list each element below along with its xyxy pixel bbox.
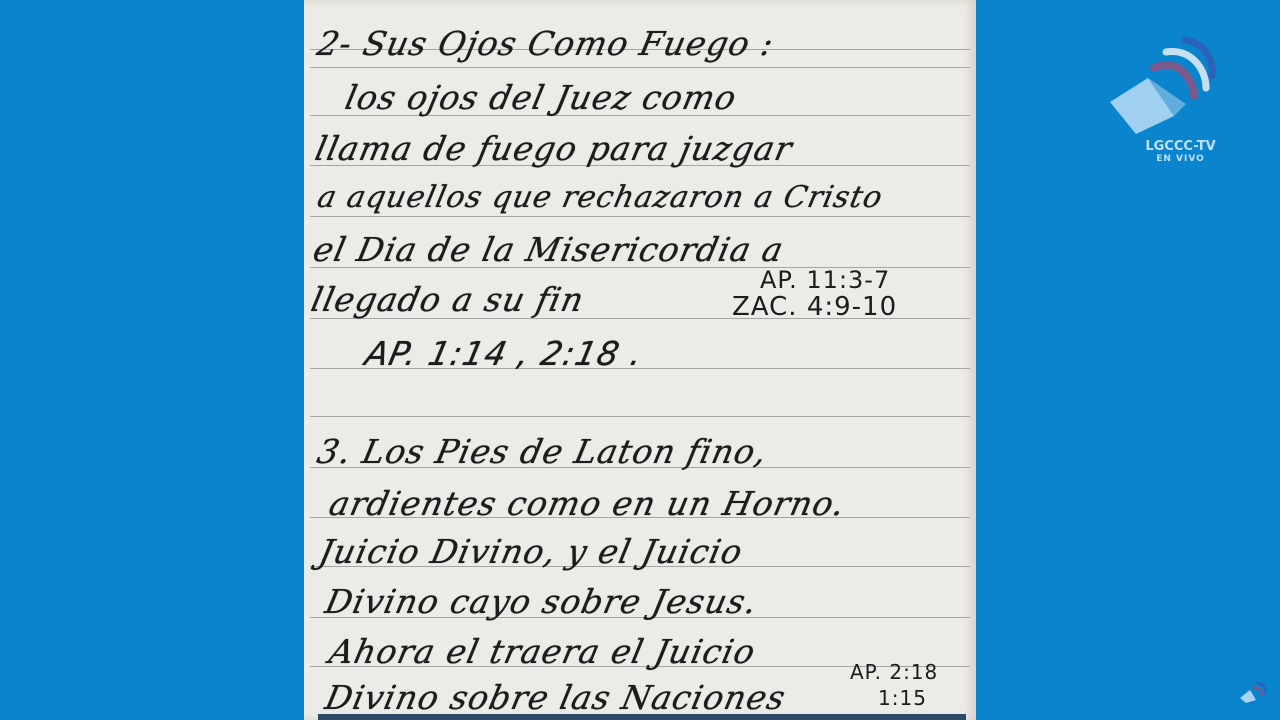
- handwritten-line: Juicio Divino, y el Juicio: [316, 532, 976, 571]
- handwritten-line: llama de fuego para juzgar: [312, 129, 976, 168]
- bible-reference: ZAC. 4:9-10: [732, 292, 897, 322]
- handwritten-line: los ojos del Juez como: [342, 78, 976, 117]
- ruled-line: [310, 67, 970, 68]
- bible-reference: AP. 11:3-7: [760, 266, 890, 294]
- notebook-page: 2- Sus Ojos Como Fuego : los ojos del Ju…: [304, 0, 976, 720]
- handwritten-line: a aquellos que rechazaron a Cristo: [314, 180, 976, 215]
- mini-pyramid-logo-icon: [1238, 678, 1268, 704]
- live-label: EN VIVO: [1143, 155, 1218, 164]
- bible-reference: 1:15: [878, 686, 927, 710]
- channel-logo-text: LGCCC-TV EN VIVO: [1143, 140, 1218, 164]
- handwritten-line: AP. 1:14 , 2:18 .: [362, 334, 976, 373]
- ruled-line: [310, 416, 970, 417]
- page-bottom-edge: [318, 714, 966, 720]
- handwritten-line: ardientes como en un Horno.: [326, 484, 976, 523]
- bible-reference: AP. 2:18: [850, 660, 938, 684]
- handwritten-line: 3. Los Pies de Laton fino,: [314, 432, 976, 471]
- ruled-line: [310, 216, 970, 217]
- handwritten-line: el Dia de la Misericordia a: [310, 230, 976, 269]
- handwritten-line: Divino cayo sobre Jesus.: [322, 582, 976, 621]
- handwritten-line: 2- Sus Ojos Como Fuego :: [314, 24, 976, 63]
- channel-name: LGCCC-TV: [1143, 140, 1218, 153]
